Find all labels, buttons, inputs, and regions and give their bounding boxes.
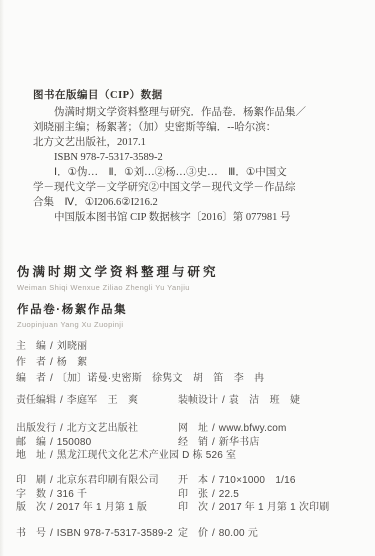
row-edition-impression: 版 次/2017 年 1 月第 1 版 印 次/2017 年 1 月第 1 次印… bbox=[16, 498, 375, 513]
separator-slash: / bbox=[212, 528, 215, 539]
row-author: 作 者/杨 絮 bbox=[16, 353, 375, 368]
author-value: 杨 絮 bbox=[57, 357, 88, 368]
book-subtitle-pinyin: Zuopinjuan Yang Xu Zuopinji bbox=[17, 320, 219, 329]
separator-slash: / bbox=[50, 502, 53, 513]
chief-editor-label: 主 编 bbox=[16, 341, 46, 352]
separator-slash: / bbox=[60, 395, 63, 406]
separator-slash: / bbox=[50, 450, 53, 461]
row-address: 地 址/黑龙江现代文化艺术产业园 D 栋 526 室 bbox=[16, 446, 375, 461]
cip-line-class-1: Ⅰ．①伪… Ⅱ．①刘…②杨…③史… Ⅲ．①中国文 bbox=[33, 165, 321, 180]
compilers-label: 编 者 bbox=[16, 373, 46, 384]
book-copyright-page: 图书在版编目（CIP）数据 伪满时期文学资料整理与研究．作品卷．杨絮作品集／ 刘… bbox=[0, 0, 375, 556]
compilers-field: 编 者/〔加〕诺曼·史密斯 徐隽文 胡 笛 李 冉 bbox=[16, 369, 264, 384]
impression-label: 印 次 bbox=[178, 502, 208, 513]
resp-editor-value: 李庭军 王 爽 bbox=[67, 395, 138, 406]
row-chief-editor: 主 编/刘晓丽 bbox=[16, 337, 375, 352]
edition-field: 版 次/2017 年 1 月第 1 版 bbox=[16, 498, 147, 513]
resp-editor-label: 责任编辑 bbox=[16, 395, 56, 406]
compilers-value: 〔加〕诺曼·史密斯 徐隽文 胡 笛 李 冉 bbox=[57, 373, 265, 384]
impression-field: 印 次/2017 年 1 月第 1 次印刷 bbox=[178, 498, 329, 513]
price-label: 定 价 bbox=[178, 528, 208, 539]
design-value: 袁 洁 班 婕 bbox=[229, 395, 300, 406]
edition-label: 版 次 bbox=[16, 502, 46, 513]
isbn-value: ISBN 978-7-5317-3589-2 bbox=[57, 528, 173, 539]
scan-edge-shadow bbox=[0, 0, 4, 556]
format-field: 开 本/710×1000 1/16 bbox=[178, 471, 296, 486]
isbn-field: 书 号/ISBN 978-7-5317-3589-2 bbox=[16, 524, 173, 539]
separator-slash: / bbox=[50, 373, 53, 384]
cip-line-editors: 刘晓丽主编；杨絮著；（加）史密斯等编．--哈尔滨： bbox=[33, 120, 321, 135]
book-subtitle: 作品卷·杨絮作品集 bbox=[17, 301, 219, 317]
cip-line-class-3: 合集 Ⅳ．①I206.6②I216.2 bbox=[33, 195, 321, 210]
separator-slash: / bbox=[212, 502, 215, 513]
address-label: 地 址 bbox=[16, 450, 46, 461]
separator-slash: / bbox=[50, 357, 53, 368]
author-field: 作 者/杨 絮 bbox=[16, 353, 87, 368]
printer-field: 印 刷/北京东君印刷有限公司 bbox=[16, 471, 159, 486]
separator-slash: / bbox=[50, 528, 53, 539]
address-field: 地 址/黑龙江现代文化艺术产业园 D 栋 526 室 bbox=[16, 446, 236, 461]
row-resp-editor-design: 责任编辑/李庭军 王 爽 装帧设计/袁 洁 班 婕 bbox=[16, 391, 375, 406]
cip-heading: 图书在版编目（CIP）数据 bbox=[33, 88, 321, 103]
cip-line-isbn: ISBN 978-7-5317-3589-2 bbox=[33, 150, 321, 165]
author-label: 作 者 bbox=[16, 357, 46, 368]
website-field: 网 址/www.bfwy.com bbox=[178, 419, 287, 434]
book-title-pinyin: Weiman Shiqi Wenxue Ziliao Zhengli Yu Ya… bbox=[17, 283, 219, 292]
cip-line-publisher: 北方文艺出版社，2017.1 bbox=[33, 135, 321, 150]
design-field: 装帧设计/袁 洁 班 婕 bbox=[178, 391, 300, 406]
separator-slash: / bbox=[50, 341, 53, 352]
cip-record-number: 中国版本图书馆 CIP 数据核字〔2016〕第 077981 号 bbox=[33, 210, 321, 225]
title-block: 伪满时期文学资料整理与研究 Weiman Shiqi Wenxue Ziliao… bbox=[17, 262, 219, 329]
row-printer-format: 印 刷/北京东君印刷有限公司 开 本/710×1000 1/16 bbox=[16, 471, 375, 486]
cip-line-class-2: 学－现代文学－文学研究②中国文学－现代文学－作品综 bbox=[33, 180, 321, 195]
publisher-field: 出版发行/北方文艺出版社 bbox=[16, 419, 138, 434]
isbn-label: 书 号 bbox=[16, 528, 46, 539]
price-field: 定 价/80.00 元 bbox=[178, 524, 258, 539]
design-label: 装帧设计 bbox=[178, 395, 218, 406]
chief-editor-value: 刘晓丽 bbox=[57, 341, 88, 352]
row-isbn-price: 书 号/ISBN 978-7-5317-3589-2 定 价/80.00 元 bbox=[16, 524, 375, 539]
cip-block: 图书在版编目（CIP）数据 伪满时期文学资料整理与研究．作品卷．杨絮作品集／ 刘… bbox=[33, 88, 321, 225]
row-publisher-website: 出版发行/北方文艺出版社 网 址/www.bfwy.com bbox=[16, 419, 375, 434]
resp-editor-field: 责任编辑/李庭军 王 爽 bbox=[16, 391, 138, 406]
book-title: 伪满时期文学资料整理与研究 bbox=[17, 262, 219, 280]
separator-slash: / bbox=[222, 395, 225, 406]
impression-value: 2017 年 1 月第 1 次印刷 bbox=[219, 502, 330, 513]
chief-editor-field: 主 编/刘晓丽 bbox=[16, 337, 87, 352]
price-value: 80.00 元 bbox=[219, 528, 258, 539]
address-value: 黑龙江现代文化艺术产业园 D 栋 526 室 bbox=[57, 450, 236, 461]
row-compilers: 编 者/〔加〕诺曼·史密斯 徐隽文 胡 笛 李 冉 bbox=[16, 369, 375, 384]
edition-value: 2017 年 1 月第 1 版 bbox=[57, 502, 147, 513]
cip-line-title: 伪满时期文学资料整理与研究．作品卷．杨絮作品集／ bbox=[33, 105, 321, 120]
